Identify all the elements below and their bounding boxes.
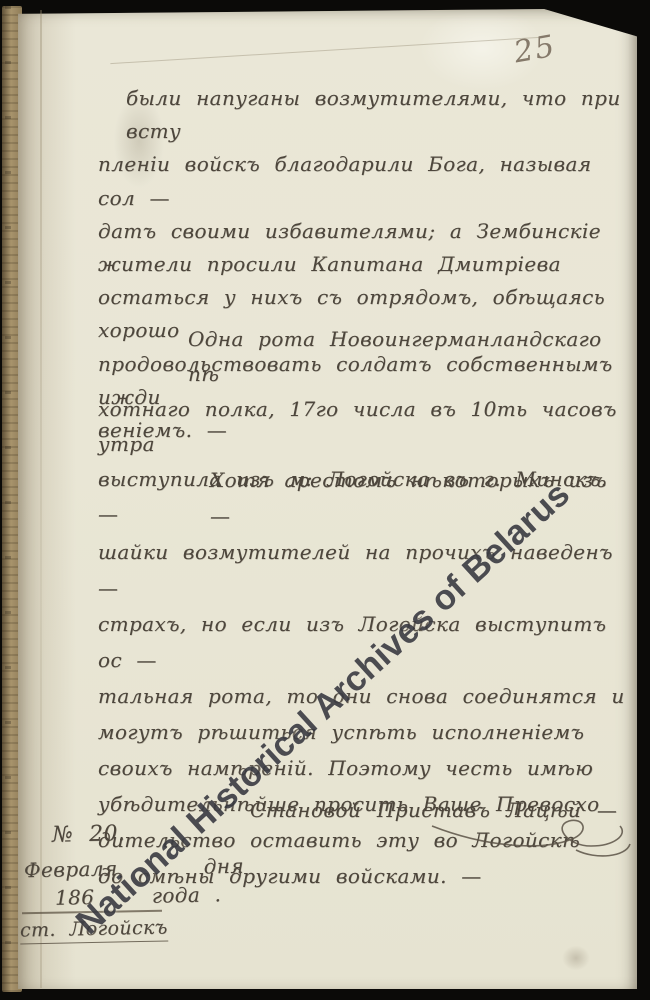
manuscript-line: датъ своими избавителями; а Зембинскіе [98, 215, 633, 248]
vertical-fold-crease [40, 10, 42, 988]
manuscript-line: шайки возмутителей на прочихъ наведенъ — [98, 534, 633, 606]
manuscript-line: могутъ рѣшиться успѣть исполненіемъ [98, 714, 633, 750]
signature-flourish [428, 808, 638, 864]
manuscript-line: жители просили Капитана Дмитріева [98, 248, 633, 281]
manuscript-line: Одна рота Новоингерманландскаго пѣ [98, 322, 633, 392]
manuscript-line: пленіи войскъ благодарили Бога, называя … [98, 148, 633, 214]
manuscript-line: были напуганы возмутителями, что при вст… [98, 82, 633, 148]
docket-number: № 20. [52, 821, 126, 848]
manuscript-line: своихъ намѣреній. Поэтому честь имѣю [98, 750, 633, 786]
folio-number: 25 [511, 29, 559, 71]
manuscript-line: хотнаго полка, 17го числа въ 10ть часовъ… [98, 392, 633, 462]
pencil-smudge [556, 940, 596, 976]
